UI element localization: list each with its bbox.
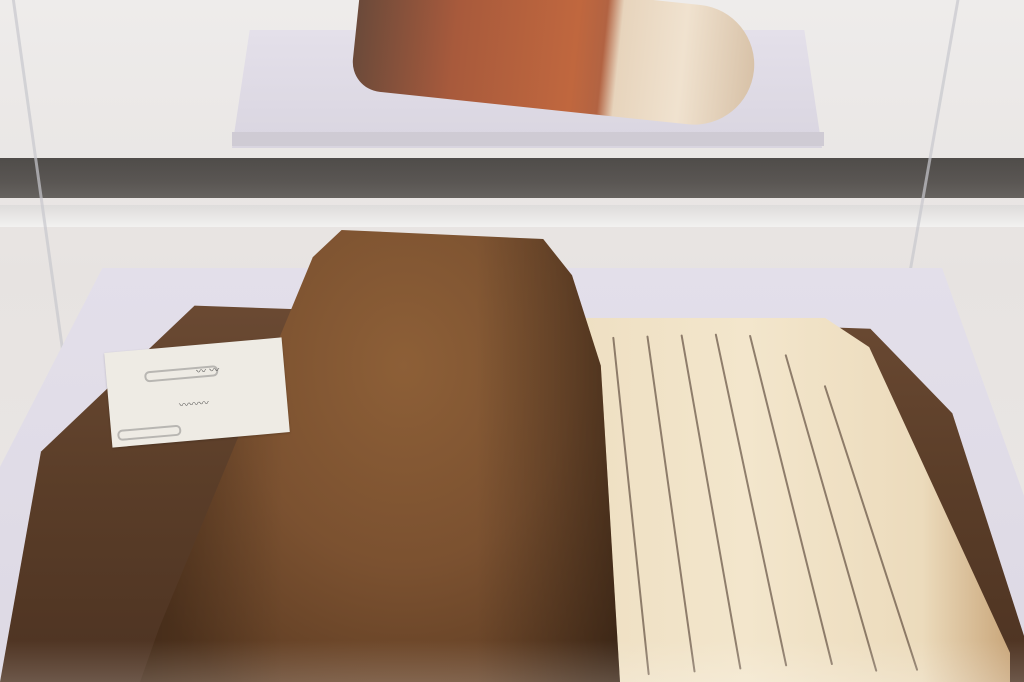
label-handwriting: 〰 〰 (195, 361, 219, 378)
glass-case-shelf-edge (0, 205, 1024, 227)
label-handwriting: 〰〰〰 (178, 394, 209, 412)
script-line (715, 334, 788, 667)
script-line (824, 385, 919, 671)
museum-display-photo: 〰 〰 〰〰〰 (0, 0, 1024, 682)
glass-case-dark-band (0, 158, 1024, 198)
script-line (646, 336, 695, 673)
script-line (680, 334, 741, 669)
paper-clip (117, 425, 182, 442)
script-line (612, 337, 650, 675)
script-line (749, 335, 833, 665)
handwritten-label-note: 〰 〰 〰〰〰 (104, 337, 290, 447)
rear-plinth-edge (232, 132, 824, 146)
glass-front-reflection (0, 640, 1024, 682)
